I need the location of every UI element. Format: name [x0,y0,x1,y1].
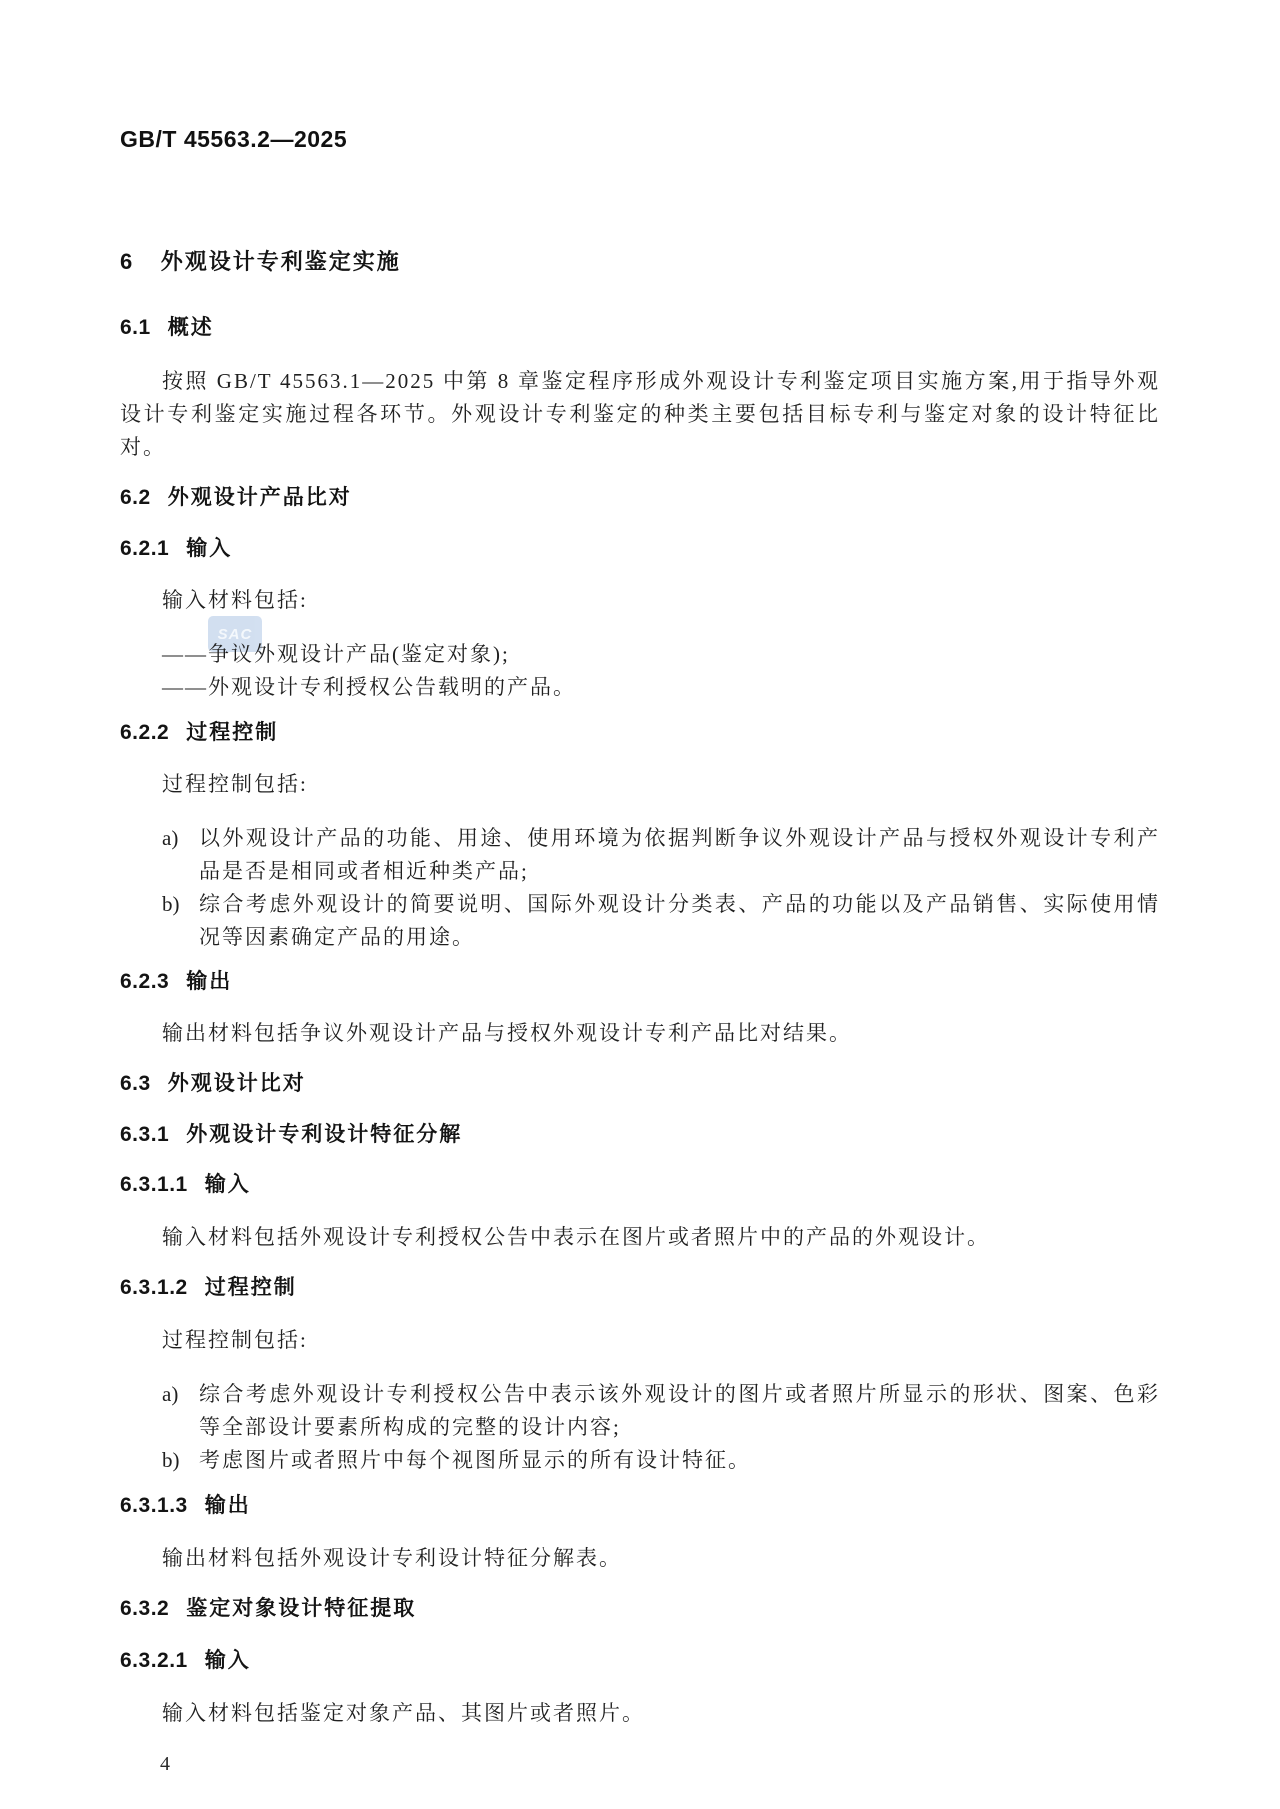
section-6-3-heading: 6.3外观设计比对 [120,1071,1160,1097]
section-6-3-2-title: 鉴定对象设计特征提取 [186,1597,416,1620]
section-6-3-1-1-number: 6.3.1.1 [120,1173,188,1196]
section-6-2-2-title: 过程控制 [186,721,278,744]
section-6-3-1-2-title: 过程控制 [205,1276,297,1299]
section-6-3-1-2-intro: 过程控制包括: [120,1324,1160,1357]
section-6-3-1-3-title: 输出 [205,1494,251,1517]
section-6-2-2-intro: 过程控制包括: [120,768,1160,801]
section-6-3-2-1-paragraph: 输入材料包括鉴定对象产品、其图片或者照片。 [120,1697,1160,1730]
section-6-3-1-2-number: 6.3.1.2 [120,1276,188,1299]
section-6-3-1-heading: 6.3.1外观设计专利设计特征分解 [120,1122,1160,1148]
dash-list-item: ——争议外观设计产品(鉴定对象); [120,638,1160,671]
page-content: GB/T 45563.2—2025 6外观设计专利鉴定实施 6.1概述 按照 G… [120,0,1160,1777]
lettered-list-item-b: b) 综合考虑外观设计的简要说明、国际外观设计分类表、产品的功能以及产品销售、实… [120,888,1160,954]
section-6-3-1-3-heading: 6.3.1.3输出 [120,1493,1160,1519]
section-6-2-1-number: 6.2.1 [120,537,169,560]
lettered-list-item-a: a) 以外观设计产品的功能、用途、使用环境为依据判断争议外观设计产品与授权外观设… [120,822,1160,888]
section-6-2-2-number: 6.2.2 [120,721,169,744]
section-6-3-1-1-paragraph: 输入材料包括外观设计专利授权公告中表示在图片或者照片中的产品的外观设计。 [120,1221,1160,1254]
section-6-2-2-heading: 6.2.2过程控制 [120,720,1160,746]
section-6-3-2-1-title: 输入 [205,1649,251,1672]
chapter-6-heading: 6外观设计专利鉴定实施 [120,249,1160,275]
section-6-1-title: 概述 [168,316,214,339]
section-6-3-1-2-heading: 6.3.1.2过程控制 [120,1275,1160,1301]
list-item-text: 考虑图片或者照片中每个视图所显示的所有设计特征。 [199,1444,1160,1477]
section-6-2-3-heading: 6.2.3输出 [120,969,1160,995]
list-item-text: 综合考虑外观设计的简要说明、国际外观设计分类表、产品的功能以及产品销售、实际使用… [199,888,1160,954]
section-6-2-3-number: 6.2.3 [120,970,169,993]
dash-list-item: ——外观设计专利授权公告载明的产品。 [120,671,1160,704]
page-number: 4 [120,1751,1160,1777]
section-6-3-1-1-heading: 6.3.1.1输入 [120,1172,1160,1198]
section-6-3-1-title: 外观设计专利设计特征分解 [186,1123,462,1146]
section-6-2-3-paragraph: 输出材料包括争议外观设计产品与授权外观设计专利产品比对结果。 [120,1017,1160,1050]
section-6-2-3-title: 输出 [186,970,232,993]
doc-code: GB/T 45563.2—2025 [120,126,1160,152]
section-6-3-title: 外观设计比对 [168,1072,306,1095]
list-item-text: 综合考虑外观设计专利授权公告中表示该外观设计的图片或者照片所显示的形状、图案、色… [199,1378,1160,1444]
section-6-3-1-number: 6.3.1 [120,1123,169,1146]
list-item-text: 以外观设计产品的功能、用途、使用环境为依据判断争议外观设计产品与授权外观设计专利… [199,822,1160,888]
section-6-3-1-3-number: 6.3.1.3 [120,1494,188,1517]
section-6-3-2-1-heading: 6.3.2.1输入 [120,1648,1160,1674]
section-6-3-1-3-paragraph: 输出材料包括外观设计专利设计特征分解表。 [120,1542,1160,1575]
section-6-2-1-intro: 输入材料包括: [120,584,1160,617]
lettered-list-item-a: a) 综合考虑外观设计专利授权公告中表示该外观设计的图片或者照片所显示的形状、图… [120,1378,1160,1444]
chapter-6-number: 6 [120,249,133,274]
section-6-2-1-title: 输入 [186,537,232,560]
section-6-1-paragraph: 按照 GB/T 45563.1—2025 中第 8 章鉴定程序形成外观设计专利鉴… [120,365,1160,464]
section-6-1-heading: 6.1概述 [120,315,1160,341]
list-item-label: a) [162,1378,199,1444]
list-item-label: b) [162,888,199,954]
section-6-3-number: 6.3 [120,1072,151,1095]
document-page: SAC GB/T 45563.2—2025 6外观设计专利鉴定实施 6.1概述 … [0,0,1280,1809]
section-6-3-1-1-title: 输入 [205,1173,251,1196]
section-6-2-title: 外观设计产品比对 [168,486,352,509]
chapter-6-title: 外观设计专利鉴定实施 [161,249,401,274]
section-6-2-number: 6.2 [120,486,151,509]
section-6-1-number: 6.1 [120,316,151,339]
section-6-3-2-heading: 6.3.2鉴定对象设计特征提取 [120,1596,1160,1622]
section-6-3-2-number: 6.3.2 [120,1597,169,1620]
section-6-2-1-heading: 6.2.1输入 [120,536,1160,562]
section-6-3-2-1-number: 6.3.2.1 [120,1649,188,1672]
section-6-2-heading: 6.2外观设计产品比对 [120,485,1160,511]
lettered-list-item-b: b) 考虑图片或者照片中每个视图所显示的所有设计特征。 [120,1444,1160,1477]
list-item-label: b) [162,1444,199,1477]
list-item-label: a) [162,822,199,888]
